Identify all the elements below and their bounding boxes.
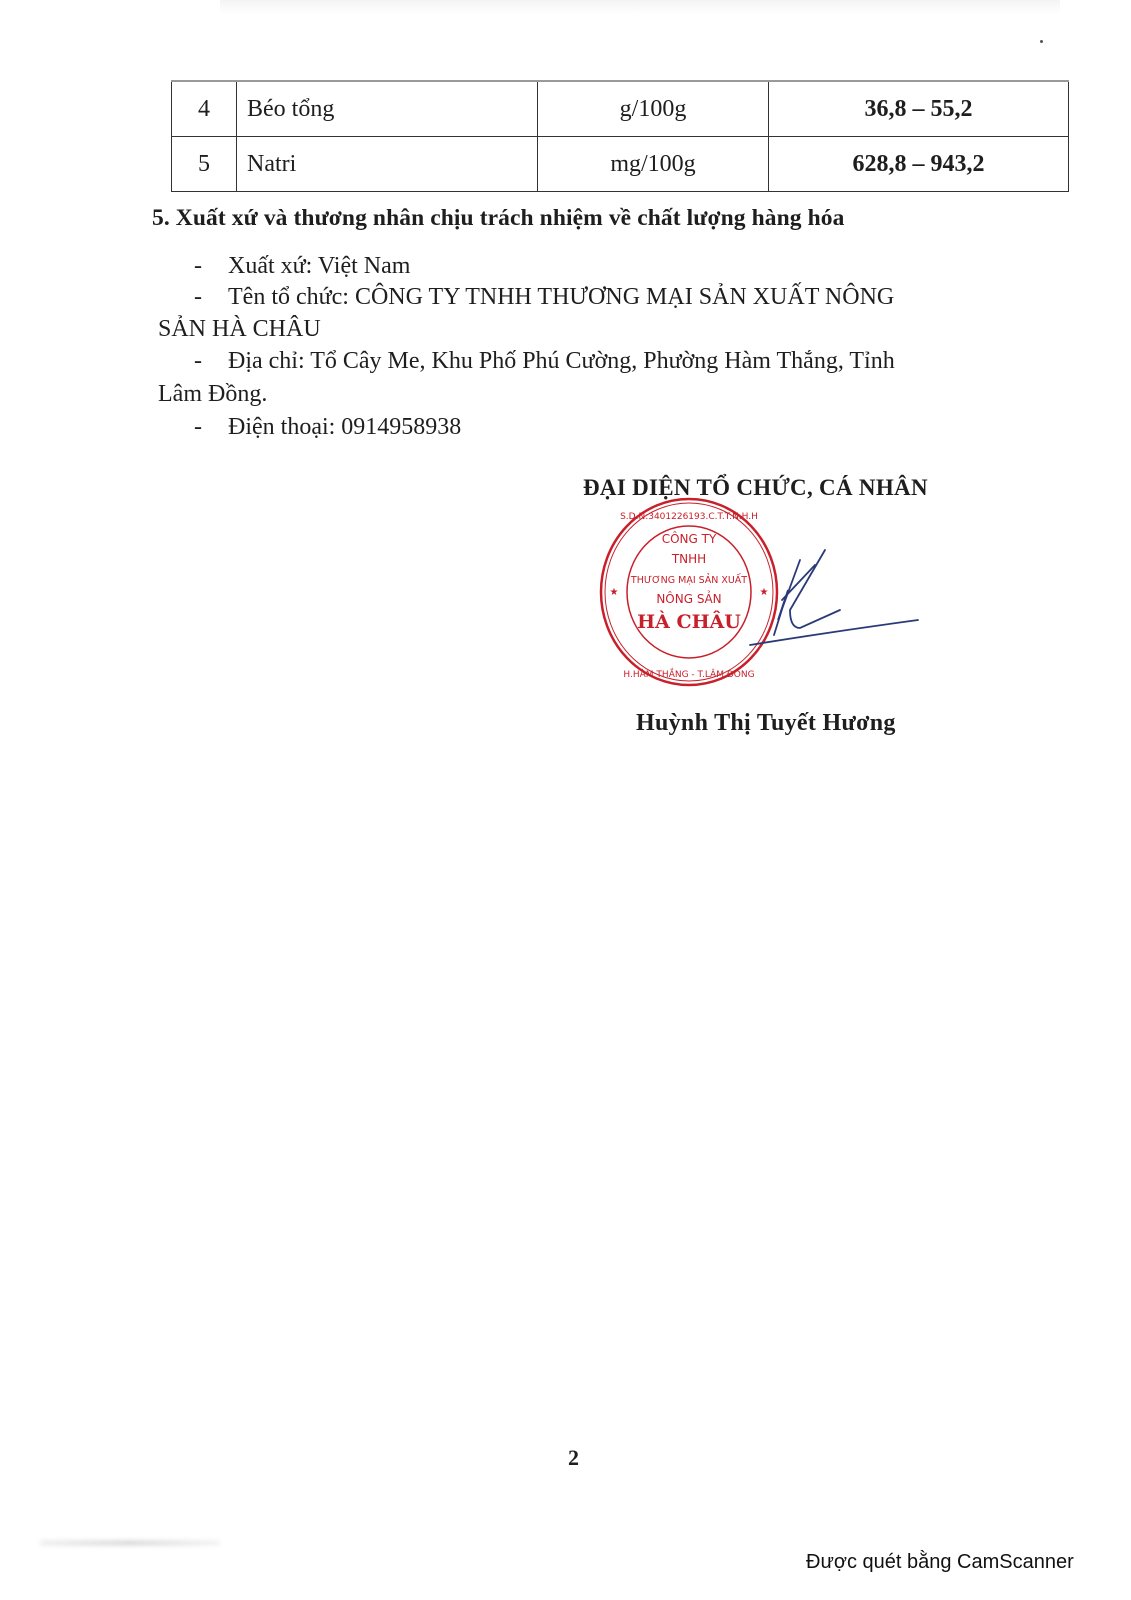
org-line: -Tên tổ chức: CÔNG TY TNHH THƯƠNG MẠI SẢ… (194, 284, 894, 311)
row-criterion: Béo tổng (237, 81, 538, 137)
signatory-name: Huỳnh Thị Tuyết Hương (636, 710, 896, 737)
bullet: - (194, 284, 228, 311)
row-unit: mg/100g (538, 137, 769, 192)
phone-line: -Điện thoại: 0914958938 (194, 414, 461, 441)
address-line: -Địa chỉ: Tổ Cây Me, Khu Phố Phú Cường, … (194, 348, 895, 375)
handwritten-signature-icon (690, 540, 930, 670)
address-text: Địa chỉ: Tổ Cây Me, Khu Phố Phú Cường, P… (228, 348, 895, 374)
origin-text: Xuất xứ: Việt Nam (228, 253, 410, 279)
camscanner-watermark: Được quét bằng CamScanner (806, 1551, 1074, 1574)
nutrition-spec-table: 4 Béo tổng g/100g 36,8 – 55,2 5 Natri mg… (171, 80, 1069, 192)
address-line-continued: Lâm Đồng. (158, 381, 267, 408)
scan-speck (1040, 40, 1043, 43)
bullet: - (194, 348, 228, 375)
svg-text:★: ★ (610, 587, 619, 598)
row-unit: g/100g (538, 81, 769, 137)
svg-text:S.D.N:3401226193.C.T.T.N.H.H: S.D.N:3401226193.C.T.T.N.H.H (620, 512, 758, 522)
row-criterion: Natri (237, 137, 538, 192)
row-number: 5 (172, 137, 237, 192)
org-text: Tên tổ chức: CÔNG TY TNHH THƯƠNG MẠI SẢN… (228, 284, 894, 310)
row-number: 4 (172, 81, 237, 137)
bullet: - (194, 414, 228, 441)
section-heading: 5. Xuất xứ và thương nhân chịu trách nhi… (152, 205, 844, 232)
bullet: - (194, 253, 228, 280)
scan-artifact (220, 0, 1060, 14)
scan-artifact (40, 1540, 220, 1546)
table-row: 4 Béo tổng g/100g 36,8 – 55,2 (172, 81, 1069, 137)
org-line-continued: SẢN HÀ CHÂU (158, 316, 321, 343)
phone-text: Điện thoại: 0914958938 (228, 414, 461, 440)
page-number: 2 (568, 1445, 579, 1471)
row-value: 36,8 – 55,2 (769, 81, 1069, 137)
origin-line: -Xuất xứ: Việt Nam (194, 253, 410, 280)
table-row: 5 Natri mg/100g 628,8 – 943,2 (172, 137, 1069, 192)
row-value: 628,8 – 943,2 (769, 137, 1069, 192)
